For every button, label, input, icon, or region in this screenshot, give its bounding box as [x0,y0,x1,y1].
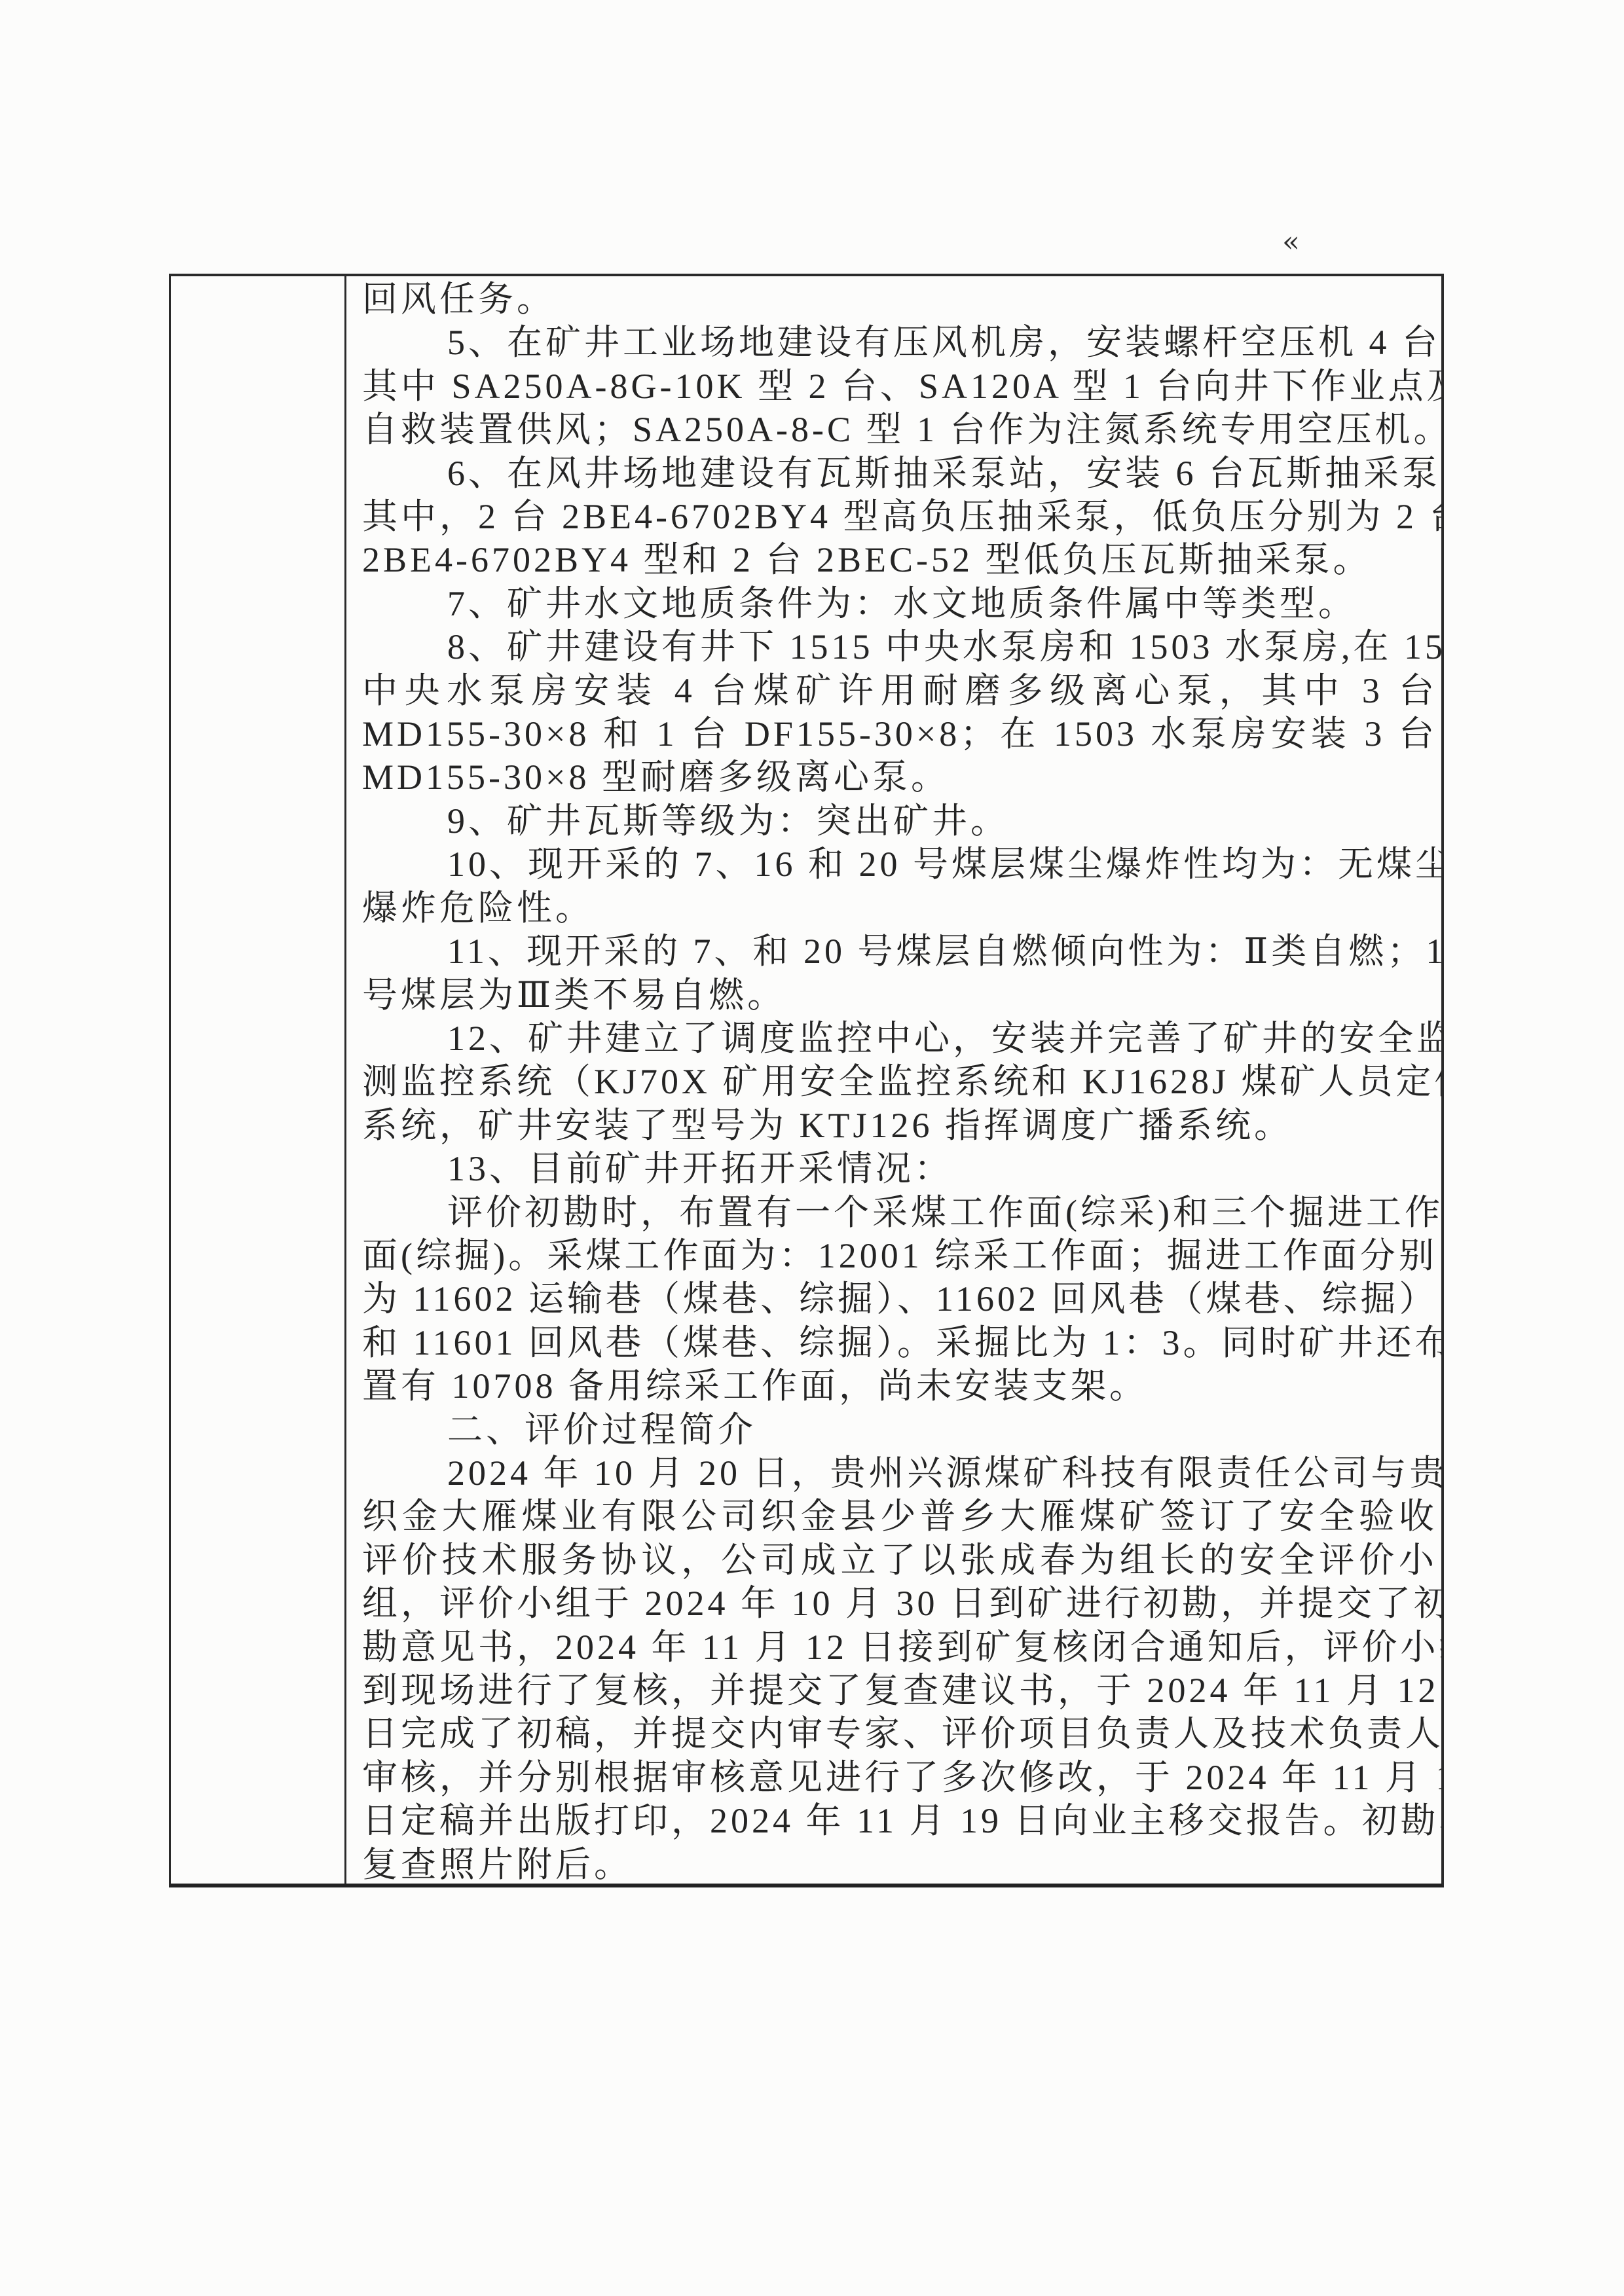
text-line: 2BE4-6702BY4 型和 2 台 2BEC-52 型低负压瓦斯抽采泵。 [362,538,1437,581]
text-line: 中央水泵房安装 4 台煤矿许用耐磨多级离心泵，其中 3 台 [362,669,1437,712]
text-line: 爆炸危险性。 [362,886,1437,930]
row-content-cell: 回风任务。 5、在矿井工业场地建设有压风机房，安装螺杆空压机 4 台， 其中 S… [346,276,1441,1884]
text-line: 到现场进行了复核，并提交了复查建议书，于 2024 年 11 月 12 [362,1669,1437,1712]
text-line: 2024 年 10 月 20 日，贵州兴源煤矿科技有限责任公司与贵州 [362,1451,1437,1495]
text-line: 7、矿井水文地质条件为：水文地质条件属中等类型。 [362,582,1437,625]
text-line: 测监控系统（KJ70X 矿用安全监控系统和 KJ1628J 煤矿人员定位 [362,1060,1437,1103]
text-line: 其中，2 台 2BE4-6702BY4 型高负压抽采泵，低负压分别为 2 台 [362,495,1437,538]
text-line: MD155-30×8 型耐磨多级离心泵。 [362,756,1437,799]
text-line: 日完成了初稿，并提交内审专家、评价项目负责人及技术负责人 [362,1712,1437,1755]
text-line: 13、目前矿井开拓开采情况： [362,1147,1437,1190]
text-line: 号煤层为Ⅲ类不易自燃。 [362,974,1437,1017]
text-line: 勘意见书，2024 年 11 月 12 日接到矿复核闭合通知后，评价小组 [362,1626,1437,1669]
text-line: 9、矿井瓦斯等级为：突出矿井。 [362,799,1437,843]
text-line: 面(综掘)。采煤工作面为：12001 综采工作面；掘进工作面分别 [362,1234,1437,1277]
text-line: 12、矿井建立了调度监控中心，安装并完善了矿井的安全监 [362,1017,1437,1060]
text-line: 为 11602 运输巷（煤巷、综掘）、11602 回风巷（煤巷、综掘） [362,1277,1437,1321]
text-line: 组，评价小组于 2024 年 10 月 30 日到矿进行初勘，并提交了初 [362,1582,1437,1625]
text-line: 11、现开采的 7、和 20 号煤层自燃倾向性为：Ⅱ类自燃；16 [362,930,1437,973]
text-line: MD155-30×8 和 1 台 DF155-30×8；在 1503 水泵房安装… [362,712,1437,756]
text-line: 织金大雁煤业有限公司织金县少普乡大雁煤矿签订了安全验收 [362,1495,1437,1538]
text-line: 置有 10708 备用综采工作面，尚未安装支架。 [362,1364,1437,1408]
text-line: 评价技术服务协议，公司成立了以张成春为组长的安全评价小 [362,1539,1437,1582]
scanned-document-page: « 回风任务。 5、在矿井工业场地建设有压风机房，安装螺杆空压机 4 台， 其中… [0,0,1624,2296]
text-line: 8、矿井建设有井下 1515 中央水泵房和 1503 水泵房,在 1515 [362,625,1437,668]
row-label-cell [171,276,346,1884]
text-line: 自救装置供风；SA250A-8-C 型 1 台作为注氮系统专用空压机。 [362,408,1437,451]
text-line: 二、评价过程简介 [362,1408,1437,1451]
text-line: 10、现开采的 7、16 和 20 号煤层煤尘爆炸性均为：无煤尘 [362,843,1437,886]
report-table-fragment: 回风任务。 5、在矿井工业场地建设有压风机房，安装螺杆空压机 4 台， 其中 S… [169,274,1444,1887]
text-line: 6、在风井场地建设有瓦斯抽采泵站，安装 6 台瓦斯抽采泵， [362,452,1437,495]
scan-artifact-mark: « [1282,225,1296,259]
text-line: 评价初勘时，布置有一个采煤工作面(综采)和三个掘进工作 [362,1191,1437,1234]
text-line: 其中 SA250A-8G-10K 型 2 台、SA120A 型 1 台向井下作业… [362,365,1437,408]
text-line: 审核，并分别根据审核意见进行了多次修改，于 2024 年 11 月 18 [362,1756,1437,1799]
text-line: 日定稿并出版打印，2024 年 11 月 19 日向业主移交报告。初勘、 [362,1799,1437,1842]
text-line: 5、在矿井工业场地建设有压风机房，安装螺杆空压机 4 台， [362,321,1437,364]
text-line: 复查照片附后。 [362,1843,1437,1884]
text-line: 回风任务。 [362,278,1437,321]
text-line: 和 11601 回风巷（煤巷、综掘）。采掘比为 1：3。同时矿井还布 [362,1321,1437,1364]
text-line: 系统，矿井安装了型号为 KTJ126 指挥调度广播系统。 [362,1104,1437,1147]
